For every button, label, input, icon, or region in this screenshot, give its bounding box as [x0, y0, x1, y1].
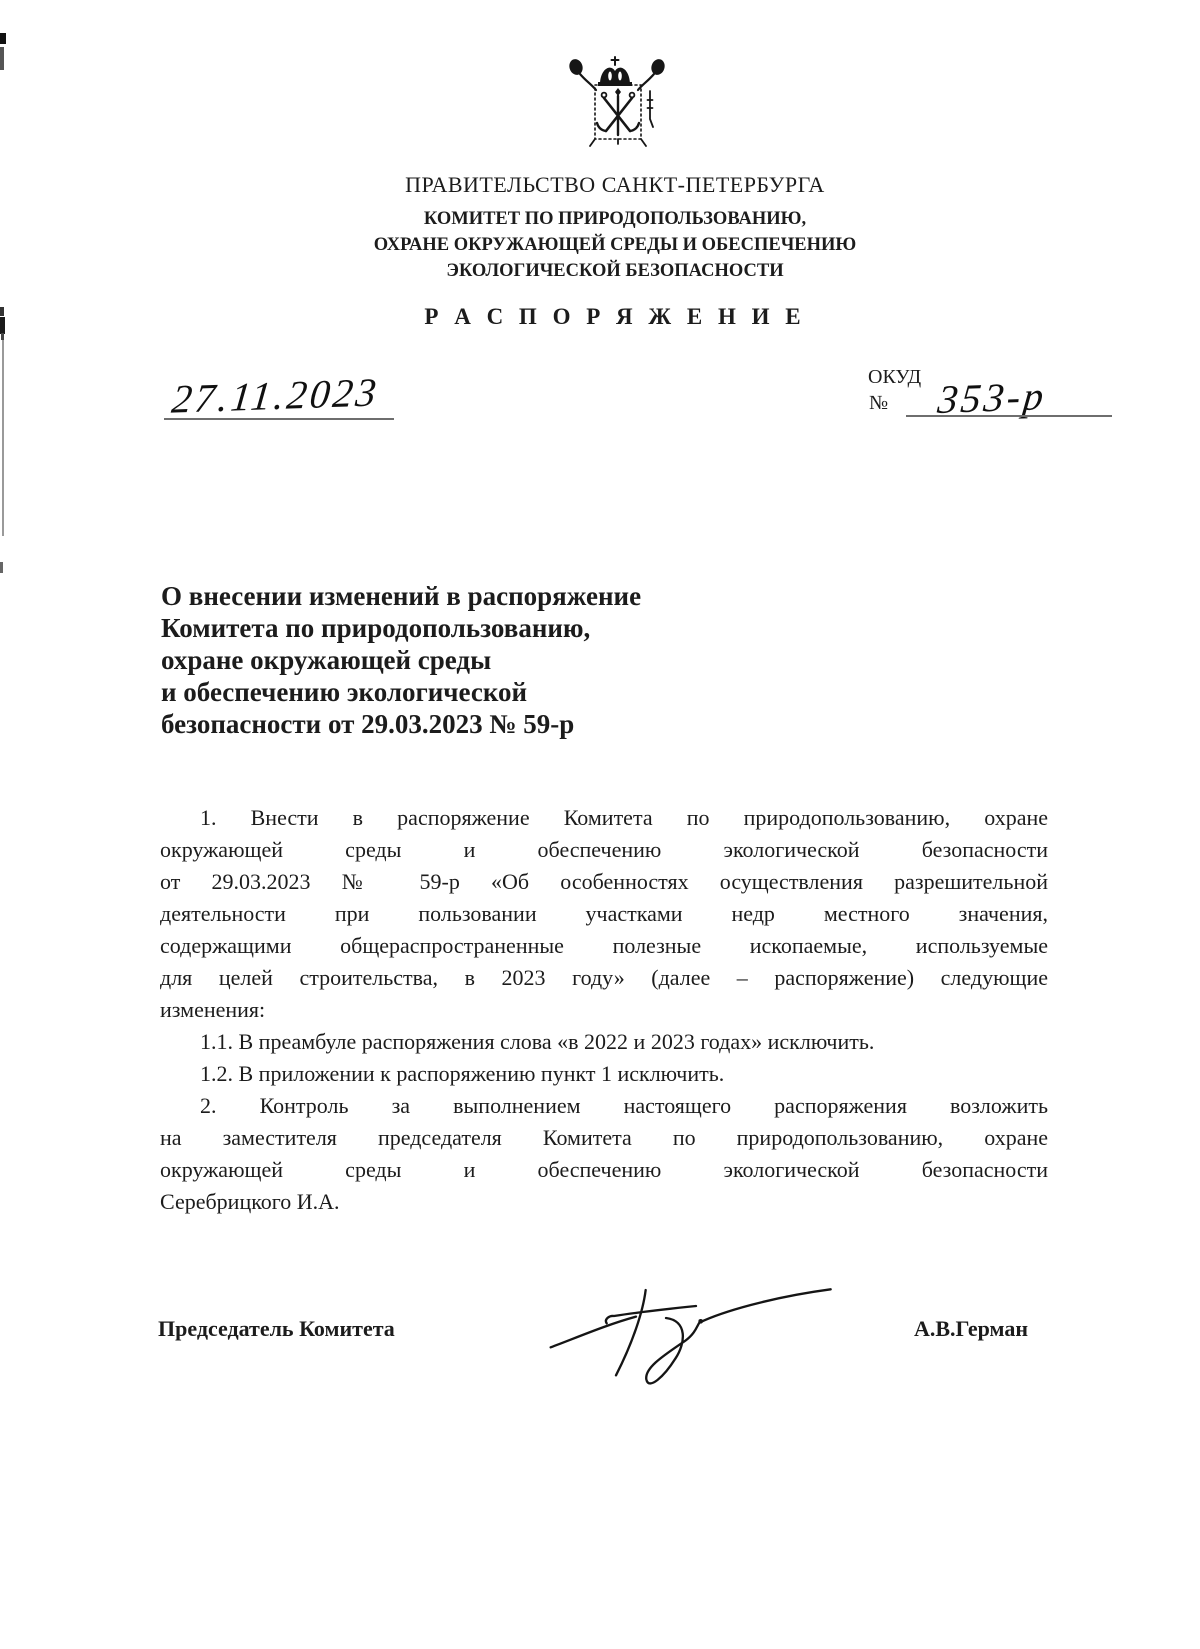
committee-name-line: ЭКОЛОГИЧЕСКОЙ БЕЗОПАСНОСТИ [30, 258, 1200, 284]
signer-name: А.В.Герман [914, 1316, 1028, 1342]
body-line: 1.2. В приложении к распоряжению пункт 1… [160, 1058, 1048, 1090]
government-name: ПРАВИТЕЛЬСТВО САНКТ-ПЕТЕРБУРГА [30, 172, 1200, 198]
document-body: 1. Внести в распоряжение Комитета по при… [160, 802, 1048, 1218]
body-line: 1.1. В преамбуле распоряжения слова «в 2… [160, 1026, 1048, 1058]
body-line: окружающей среды и обеспечению экологиче… [160, 834, 1048, 866]
body-line: содержащими общераспространенные полезны… [160, 930, 1048, 962]
scan-artifact [0, 47, 4, 70]
document-type-label: Р А С П О Р Я Ж Е Н И Е [30, 304, 1200, 330]
title-line: Комитета по природопользованию, [161, 612, 861, 644]
committee-name-line: ОХРАНЕ ОКРУЖАЮЩЕЙ СРЕДЫ И ОБЕСПЕЧЕНИЮ [30, 232, 1200, 258]
saint-petersburg-coat-of-arms-icon [566, 55, 670, 151]
title-line: охране окружающей среды [161, 644, 861, 676]
body-line: на заместителя председателя Комитета по … [160, 1122, 1048, 1154]
scan-artifact [0, 317, 5, 334]
body-line: окружающей среды и обеспечению экологиче… [160, 1154, 1048, 1186]
body-line: 1. Внести в распоряжение Комитета по при… [160, 802, 1048, 834]
number-sign: № [869, 392, 888, 415]
scan-artifact [2, 340, 4, 536]
title-line: О внесении изменений в распоряжение [161, 580, 861, 612]
letterhead: ПРАВИТЕЛЬСТВО САНКТ-ПЕТЕРБУРГА КОМИТЕТ П… [30, 172, 1200, 284]
number-underline [906, 415, 1112, 417]
date-handwritten: 27.11.2023 [170, 368, 382, 422]
title-line: и обеспечению экологической [161, 676, 861, 708]
scan-artifact [1, 333, 4, 340]
date-underline [164, 418, 394, 420]
body-line: для целей строительства, в 2023 году» (д… [160, 962, 1048, 994]
body-line: от 29.03.2023 № 59-р «Об особенностях ос… [160, 866, 1048, 898]
scan-artifact [0, 307, 4, 316]
handwritten-signature-icon [480, 1210, 840, 1430]
scan-artifact [0, 562, 3, 573]
signer-position-label: Председатель Комитета [158, 1316, 395, 1342]
body-line: деятельности при пользовании участками н… [160, 898, 1048, 930]
okud-label: ОКУД [868, 366, 921, 389]
body-line: изменения: [160, 994, 1048, 1026]
committee-name-line: КОМИТЕТ ПО ПРИРОДОПОЛЬЗОВАНИЮ, [30, 206, 1200, 232]
document-page: ПРАВИТЕЛЬСТВО САНКТ-ПЕТЕРБУРГА КОМИТЕТ П… [0, 0, 1200, 1649]
document-title: О внесении изменений в распоряжение Коми… [161, 580, 861, 740]
title-line: безопасности от 29.03.2023 № 59-р [161, 708, 861, 740]
scan-artifact [0, 33, 6, 44]
body-line: 2. Контроль за выполнением настоящего ра… [160, 1090, 1048, 1122]
